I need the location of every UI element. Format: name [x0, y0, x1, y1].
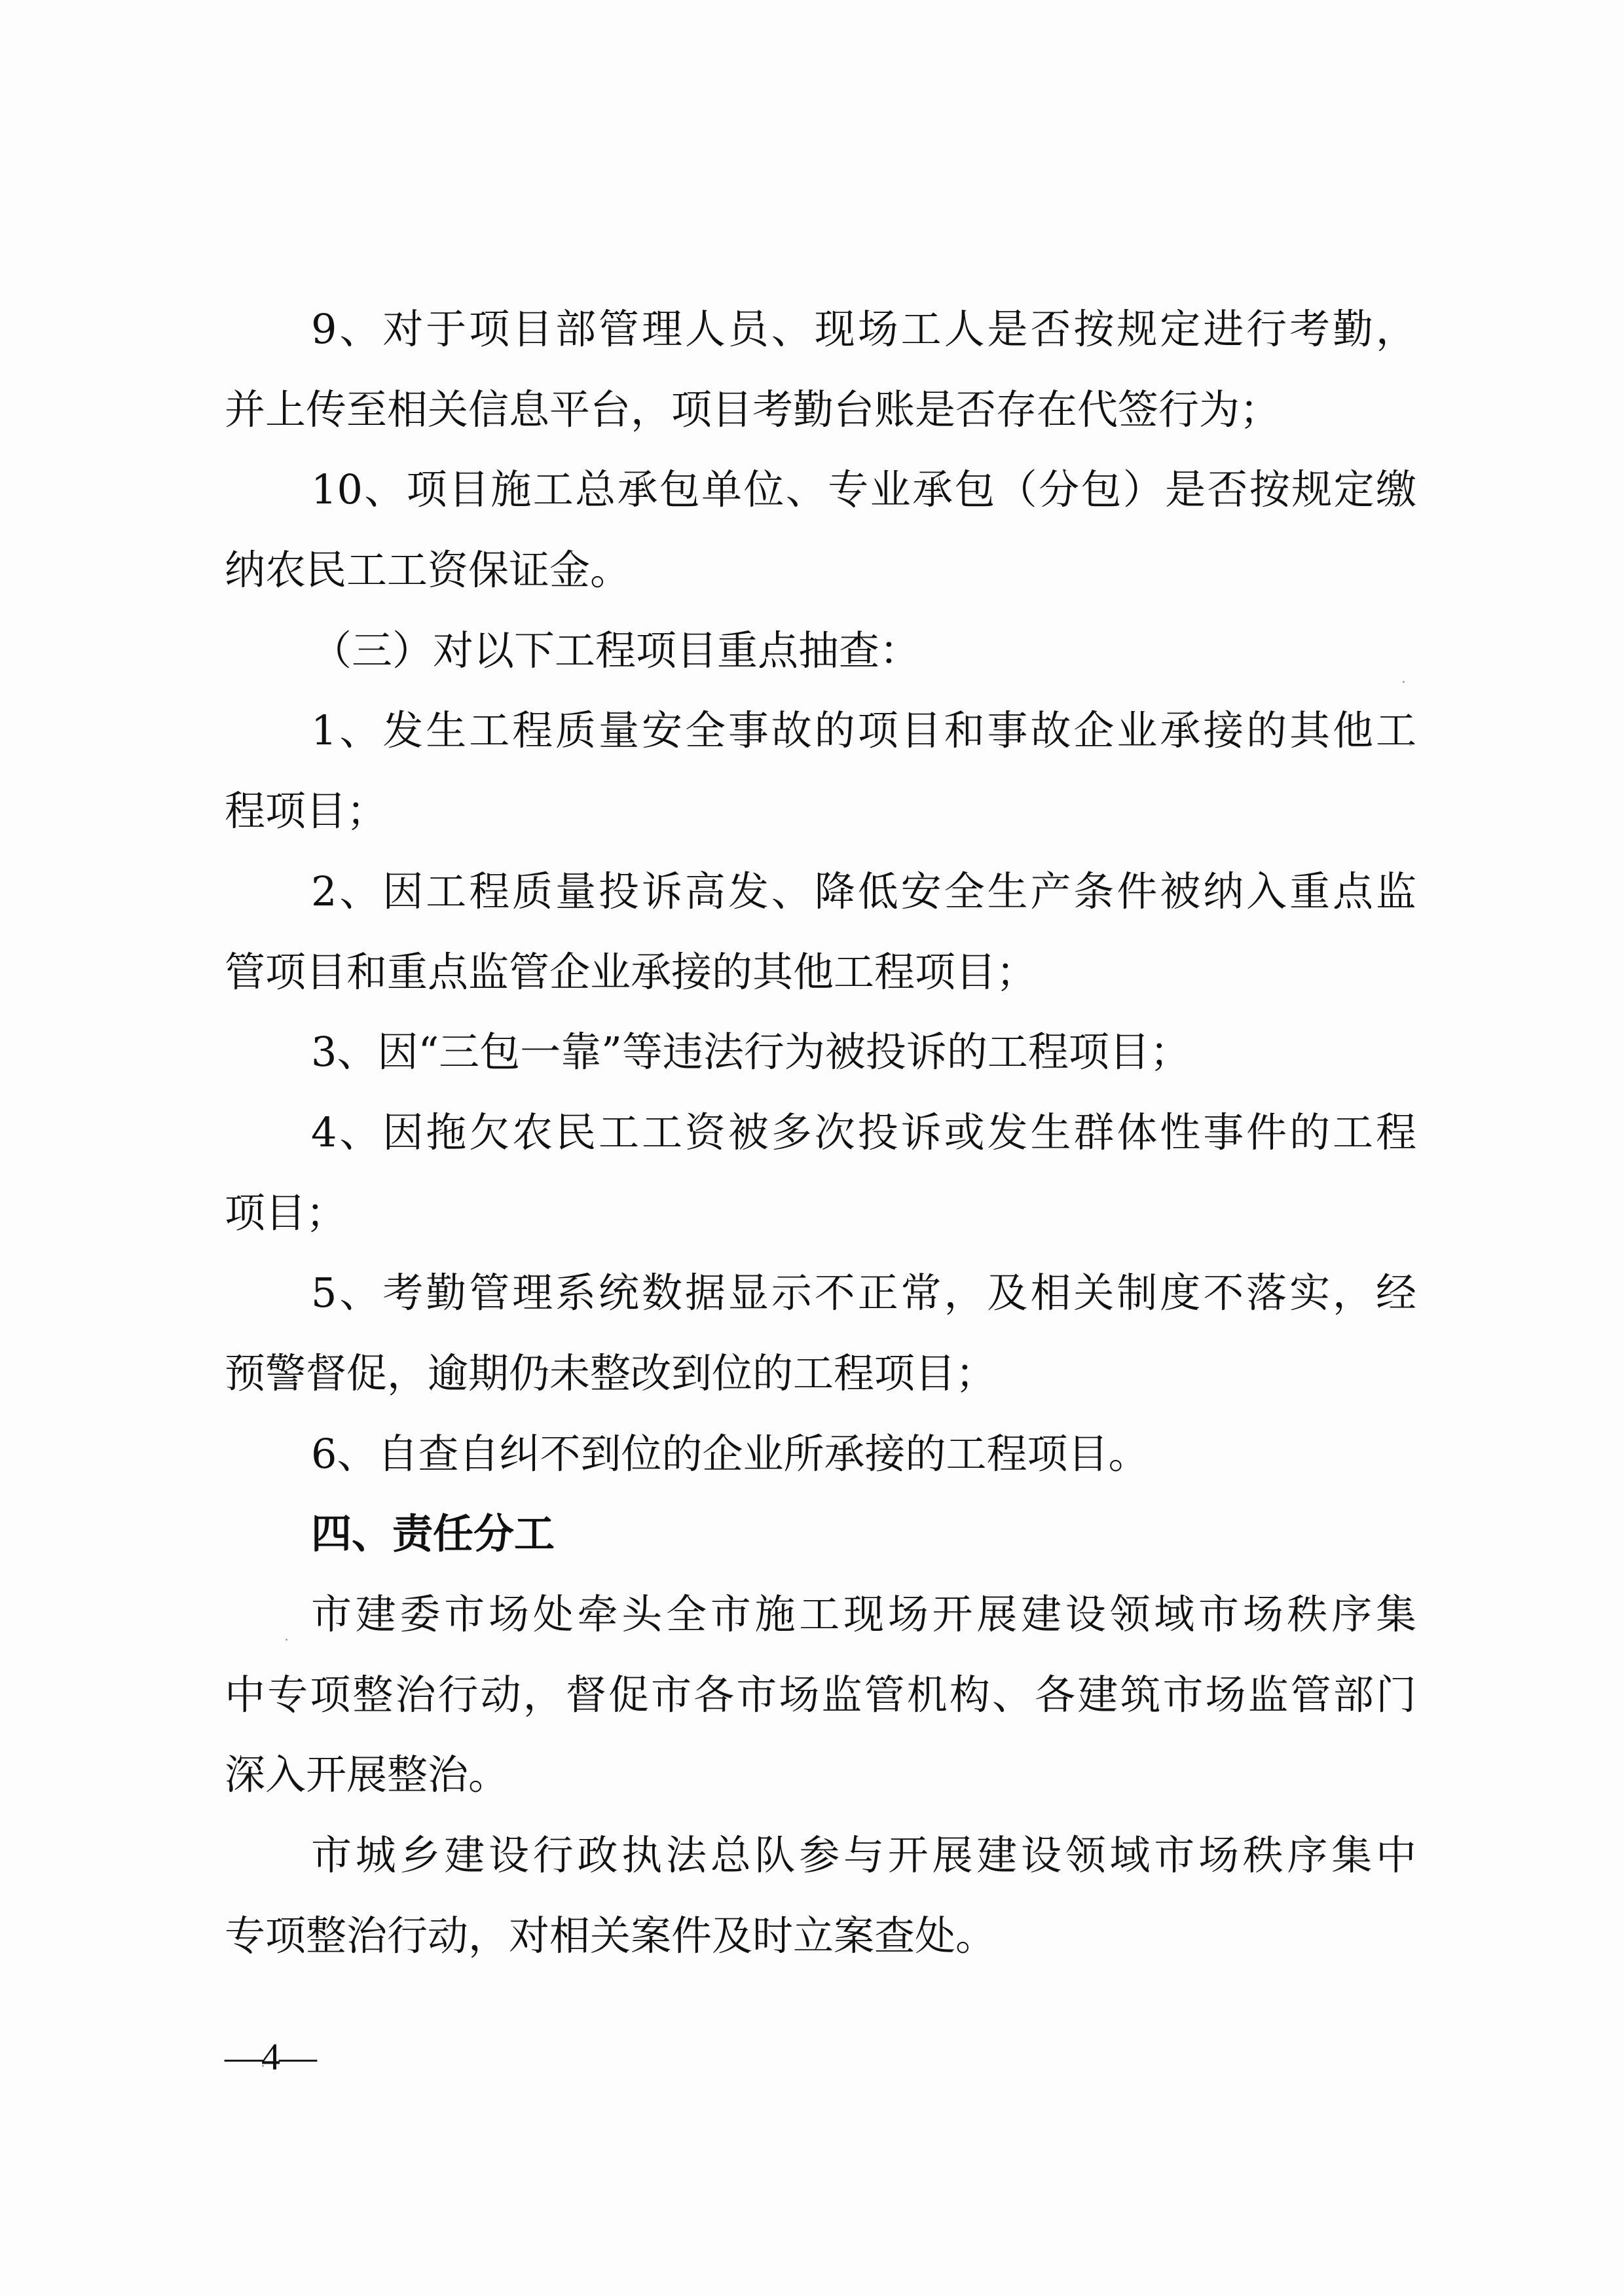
- scan-speck: [1409, 744, 1411, 746]
- paragraph-line: 中专项整治行动，督促市各市场监管机构、各建筑市场监管部门: [225, 1673, 1416, 1719]
- scan-speck: [1403, 681, 1405, 683]
- list-item-line: 3、因“三包一靠”等违法行为被投诉的工程项目；: [225, 1030, 1416, 1076]
- list-item-line: 项目；: [225, 1191, 1416, 1237]
- scan-speck: [262, 2065, 264, 2067]
- paragraph-line: 10、项目施工总承包单位、专业承包（分包）是否按规定缴: [225, 467, 1416, 513]
- list-item-line: 6、自查自纠不到位的企业所承接的工程项目。: [225, 1432, 1416, 1478]
- list-item-line: 1、发生工程质量安全事故的项目和事故企业承接的其他工: [225, 708, 1416, 754]
- paragraph-line: 专项整治行动，对相关案件及时立案查处。: [225, 1914, 1416, 1959]
- list-item-line: 预警督促，逾期仍未整改到位的工程项目；: [225, 1351, 1416, 1397]
- list-item-line: 5、考勤管理系统数据显示不正常，及相关制度不落实，经: [225, 1271, 1416, 1317]
- paragraph-line: 9、对于项目部管理人员、现场工人是否按规定进行考勤，: [225, 307, 1416, 353]
- paragraph-line: 深入开展整治。: [225, 1753, 1416, 1798]
- list-item-line: 管项目和重点监管企业承接的其他工程项目；: [225, 950, 1416, 996]
- paragraph-line: 纳农民工工资保证金。: [225, 548, 1416, 594]
- page-number: —4—: [225, 2037, 316, 2077]
- list-item-line: 2、因工程质量投诉高发、降低安全生产条件被纳入重点监: [225, 869, 1416, 915]
- document-page: 9、对于项目部管理人员、现场工人是否按规定进行考勤， 并上传至相关信息平台，项目…: [0, 0, 1624, 2296]
- list-item-line: 4、因拖欠农民工工资被多次投诉或发生群体性事件的工程: [225, 1110, 1416, 1156]
- paragraph-line: 并上传至相关信息平台，项目考勤台账是否存在代签行为；: [225, 388, 1416, 433]
- section-heading: 四、责任分工: [225, 1512, 1416, 1558]
- paragraph-line: 市建委市场处牵头全市施工现场开展建设领域市场秩序集: [225, 1592, 1416, 1638]
- scan-speck: [286, 1639, 287, 1641]
- paragraph-line: 市城乡建设行政执法总队参与开展建设领域市场秩序集中: [225, 1833, 1416, 1879]
- list-item-line: 程项目；: [225, 789, 1416, 835]
- subsection-heading: （三）对以下工程项目重点抽查：: [225, 629, 1416, 674]
